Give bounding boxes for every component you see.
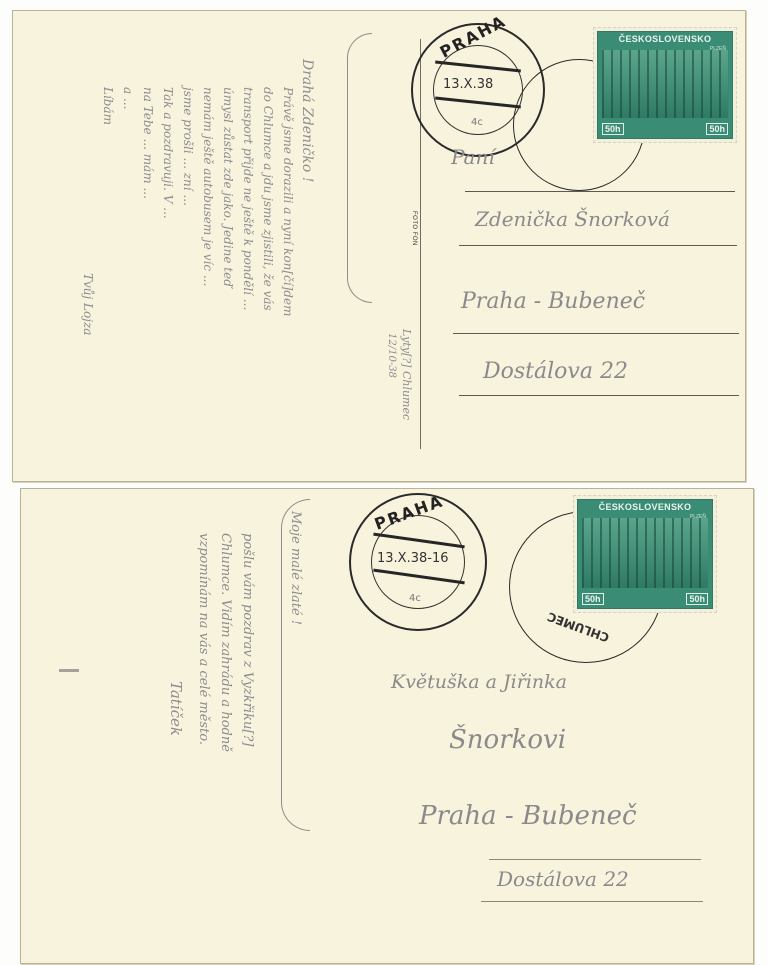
- message-line: transport přijde ne ještě k pondělí ...: [241, 87, 255, 310]
- postage-stamp: ČESKOSLOVENSKO PLZEŇ 50h 50h: [593, 27, 737, 143]
- message-line: jsme prošli ... zní ...: [181, 87, 195, 206]
- message-line: úmysl zůstat zde jako. Jedine teď: [221, 87, 235, 287]
- publisher-imprint: FOTO FON: [411, 211, 417, 246]
- message-line: Chlumce. Vidím zahrádu a hodně: [218, 533, 233, 752]
- ink-smudge: [59, 669, 79, 672]
- message-line: pošlu vám pozdrav z Vyzkřiku[?]: [240, 533, 255, 746]
- signature-date: 12/10-38: [386, 333, 397, 378]
- bracket-mark: [281, 499, 310, 831]
- postcard-bottom: Moje malé zlaté ! pošlu vám pozdrav z Vy…: [20, 488, 754, 964]
- postcard-top: Drahá Zdeničko ! Právě jsme dorazili a n…: [12, 10, 746, 482]
- signature: Tatíček: [167, 681, 185, 736]
- message-line: nemám ještě autobusem je víc ...: [201, 87, 215, 286]
- signature-place: Lyty[?] Chlumec: [400, 329, 413, 420]
- address-street: Dostálova 22: [483, 359, 628, 384]
- message-line: Právě jsme dorazili a nyní kon[čí]dem: [281, 87, 295, 316]
- message-line: do Chlumce a jdu jsme zjistili, že vás: [261, 87, 275, 311]
- address-city: Praha - Bubeneč: [461, 289, 645, 314]
- greeting: Drahá Zdeničko !: [299, 59, 315, 182]
- message-line: Tak a pozdravuji. V ...: [161, 87, 175, 219]
- address-city: Praha - Bubeneč: [419, 801, 637, 831]
- postmark-praha: PRAHA 13.X.38-16 4c: [349, 493, 487, 631]
- message-line: a ...: [121, 87, 135, 109]
- bracket-mark: [347, 33, 372, 303]
- message-line: na Tebe ... mám ...: [141, 87, 155, 199]
- address-surname: Šnorkovi: [449, 725, 566, 755]
- address-salutation: Paní: [451, 145, 495, 169]
- postage-stamp: ČESKOSLOVENSKO PLZEŇ 50h 50h: [573, 495, 717, 613]
- signature: Tvůj Lojza: [81, 273, 95, 335]
- address-name: Zdenička Šnorková: [475, 207, 670, 231]
- message-line: Líbám: [101, 87, 115, 125]
- message-line: vzpomínám na vás a celé město.: [196, 533, 211, 745]
- address-street: Dostálova 22: [497, 867, 629, 891]
- address-recipients: Květuška a Jiřinka: [391, 671, 567, 693]
